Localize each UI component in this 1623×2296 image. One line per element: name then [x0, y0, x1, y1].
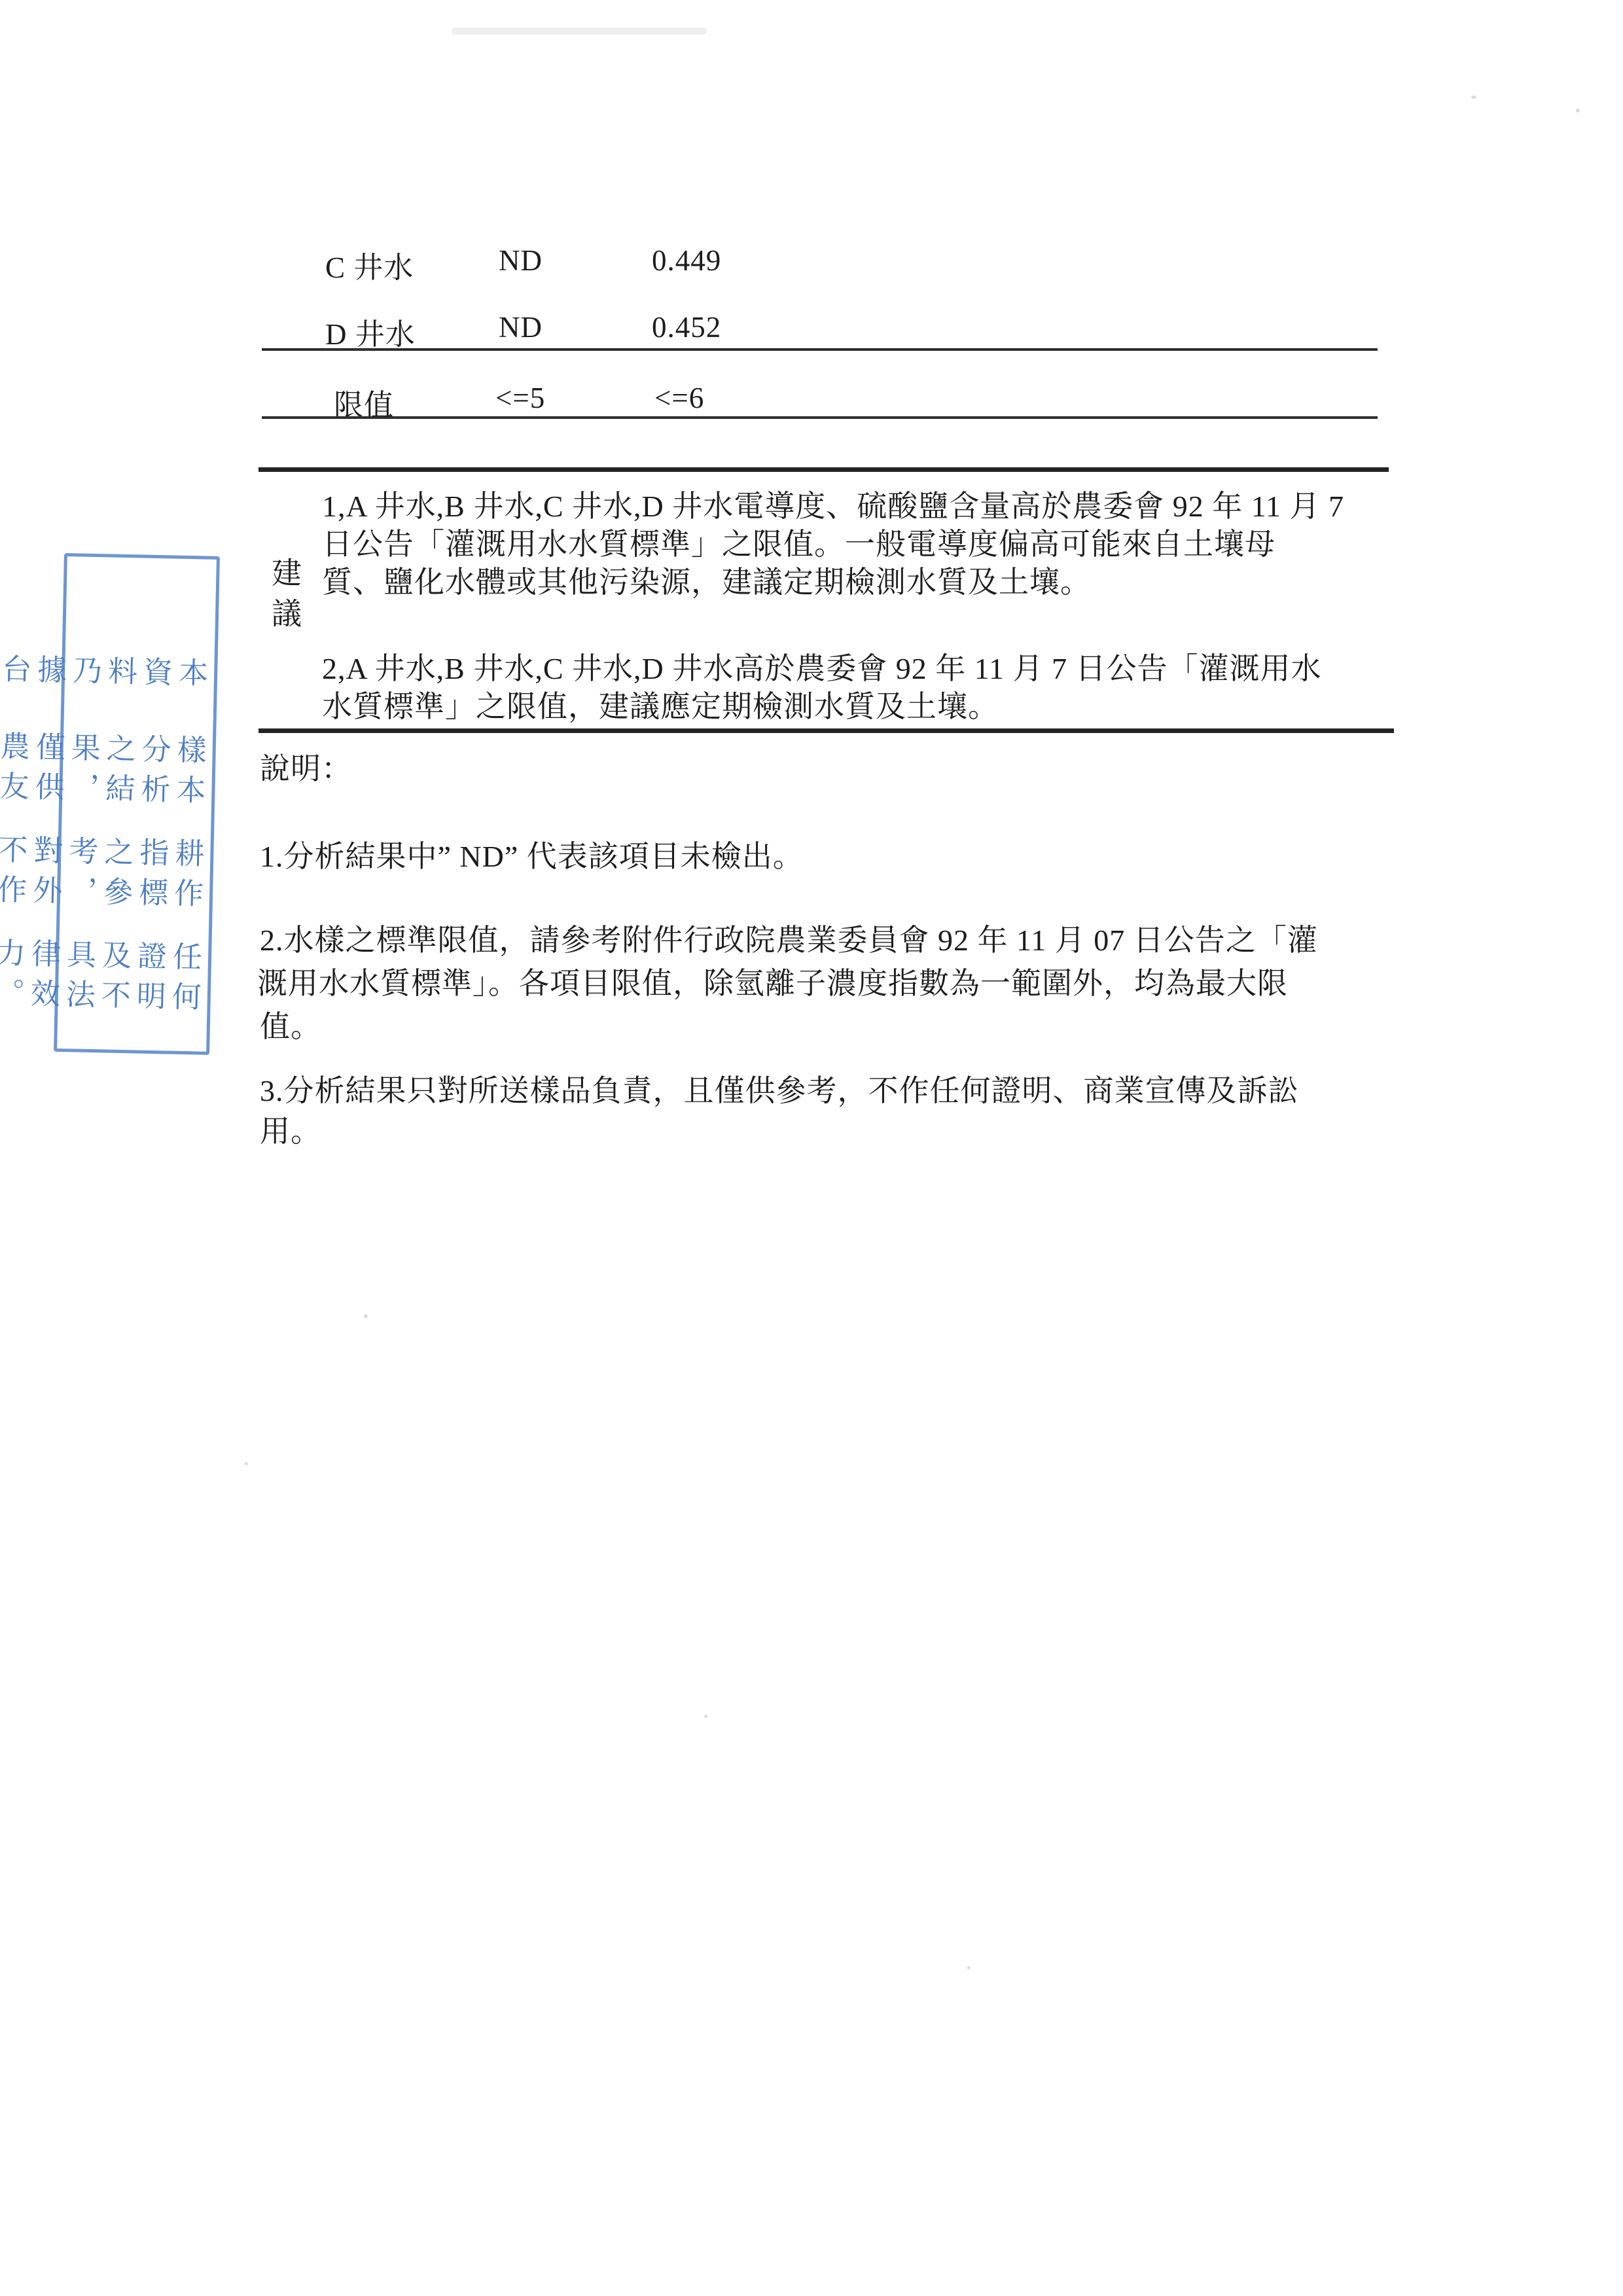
scanned-report-page: C 井水 ND 0.449 D 井水 ND 0.452 限值 <=5 <=6 1… — [0, 0, 1623, 2296]
notes-heading: 說明： — [260, 745, 352, 788]
result-value: ND — [499, 243, 543, 278]
limit-value: <=5 — [495, 381, 545, 415]
suggestion-item-2-line-2: 水質標準」之限值，建議應定期檢測水質及土壤。 — [322, 683, 999, 726]
limit-value: <=6 — [654, 381, 704, 415]
result-value: 0.452 — [652, 310, 721, 344]
suggestion-section-label: 建議 — [262, 557, 306, 638]
disclaimer-stamp: 本資料乃據台端送驗 樣本分析之結果，僅供農友 耕作指標之參考，對外不作 任何證明… — [54, 553, 220, 1055]
result-value: ND — [499, 310, 543, 344]
scan-smudge — [452, 27, 707, 35]
result-value: 0.449 — [652, 243, 721, 278]
note-3-line-1: 3.分析結果只對所送樣品負責，且僅供參考，不作任何證明、商業宣傳及訴訟 — [260, 1067, 1299, 1110]
note-2-line-2: 溉用水水質標準」。各項目限值，除氫離子濃度指數為一範圍外，均為最大限 — [257, 960, 1288, 1003]
note-2-line-1: 2.水樣之標準限值，請參考附件行政院農業委員會 92 年 11 月 07 日公告… — [260, 916, 1318, 960]
suggestion-item-1-line-3: 質、鹽化水體或其他污染源，建議定期檢測水質及土壤。 — [322, 558, 1091, 601]
scan-speck — [1471, 96, 1476, 99]
stamp-column-2: 樣本分析之結果，僅供農友 — [67, 732, 207, 838]
suggestion-item-1-line-1: 1,A 井水,B 井水,C 井水,D 井水電導度、硫酸鹽含量高於農委會 92 年… — [322, 482, 1344, 526]
note-3-line-2: 用。 — [260, 1107, 321, 1151]
stamp-column-3: 耕作指標之參考，對外不作 — [65, 835, 205, 941]
scan-speck — [704, 1715, 707, 1718]
sample-label: C 井水 — [325, 243, 414, 286]
scan-speck — [245, 1462, 248, 1465]
suggestion-item-1-line-2: 日公告「灌溉用水水質標準」之限值。一般電導度偏高可能來自土壤母 — [322, 520, 1275, 564]
stamp-column-4: 任何證明及不具法律效力。 — [63, 939, 202, 1045]
stamp-column-1: 本資料乃據台端送驗 — [69, 563, 210, 735]
suggestion-item-2-line-1: 2,A 井水,B 井水,C 井水,D 井水高於農委會 92 年 11 月 7 日… — [322, 645, 1322, 688]
sample-label: D 井水 — [325, 310, 416, 353]
scan-speck — [967, 1966, 971, 1969]
section-top-rule — [259, 467, 1389, 472]
scan-speck — [1576, 109, 1580, 113]
section-bottom-rule — [259, 728, 1394, 733]
scan-speck — [364, 1314, 368, 1318]
table-bottom-line — [262, 416, 1378, 419]
note-1-line-1: 1.分析結果中” ND” 代表該項目未檢出。 — [260, 833, 804, 876]
table-divider-line — [262, 348, 1378, 351]
note-2-line-3: 值。 — [260, 1003, 321, 1046]
